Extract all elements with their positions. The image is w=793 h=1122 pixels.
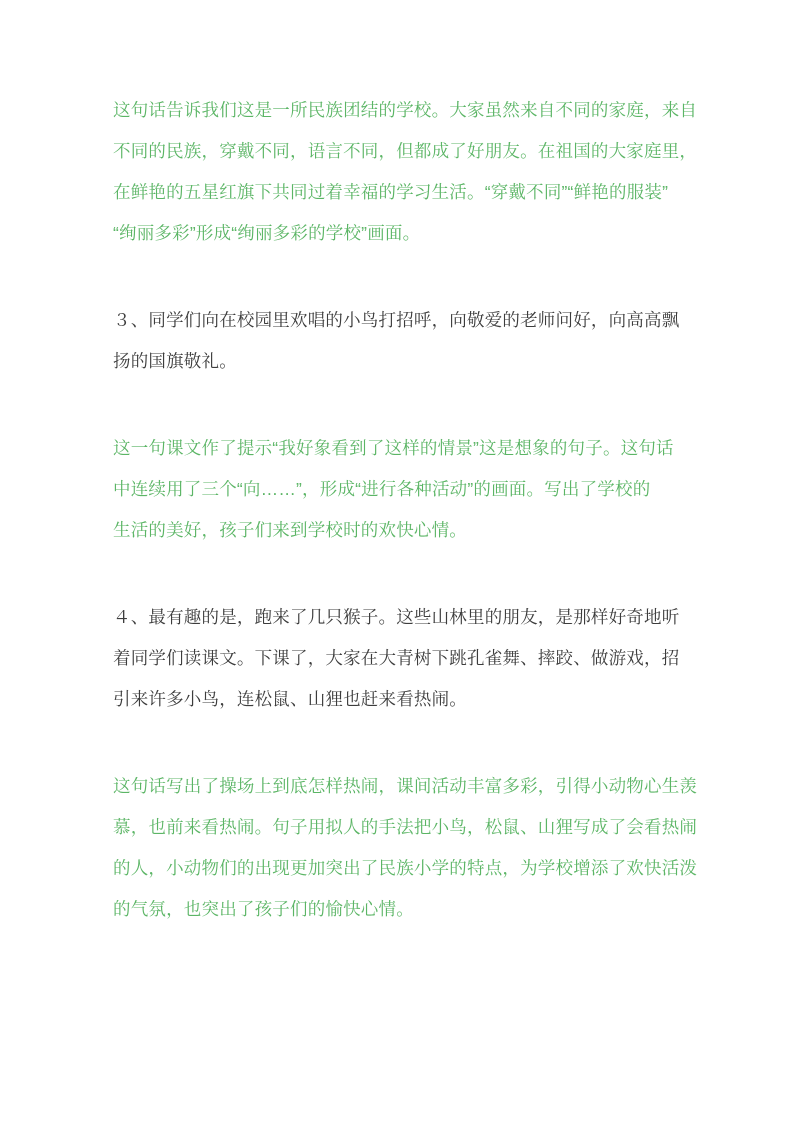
annotation-paragraph-3: 这句话写出了操场上到底怎样热闹，课间活动丰富多彩，引得小动物心生羡 慕，也前来看… (113, 766, 713, 930)
course-sentence-paragraph-3: ３、同学们向在校园里欢唱的小鸟打招呼，向敬爱的老师问好，向高高飘 扬的国旗敬礼。 (113, 300, 713, 382)
annotation-paragraph-2: 这一句课文作了提示“我好象看到了这样的情景”这是想象的句子。这句话 中连续用了三… (113, 428, 713, 551)
document-content: 这句话告诉我们这是一所民族团结的学校。大家虽然来自不同的家庭，来自 不同的民族，… (0, 0, 793, 930)
course-sentence-paragraph-4: ４、最有趣的是，跑来了几只猴子。这些山林里的朋友，是那样好奇地听 着同学们读课文… (113, 597, 713, 720)
document-page: 这句话告诉我们这是一所民族团结的学校。大家虽然来自不同的家庭，来自 不同的民族，… (0, 0, 793, 1122)
annotation-paragraph-1: 这句话告诉我们这是一所民族团结的学校。大家虽然来自不同的家庭，来自 不同的民族，… (113, 90, 713, 254)
